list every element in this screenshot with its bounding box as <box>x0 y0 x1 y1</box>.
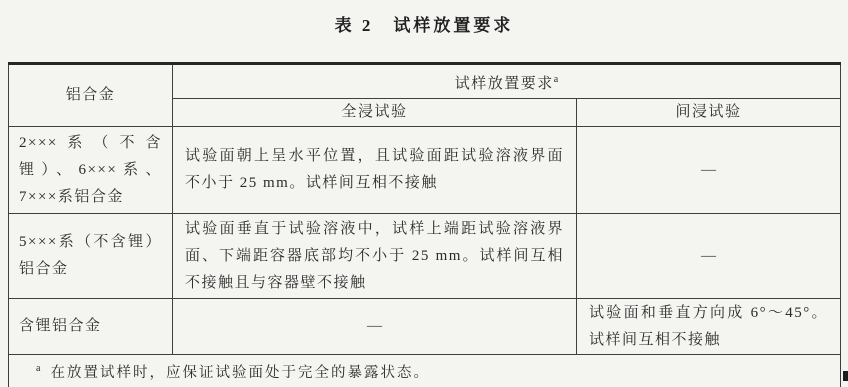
row-2-alloy-cell: 含锂铝合金 <box>9 299 173 355</box>
table-row: 5×××系（不含锂）铝合金 试验面垂直于试验溶液中，试样上端距试验溶液界面、下端… <box>9 214 841 299</box>
table-title: 表 2 试样放置要求 <box>0 11 848 36</box>
row-0-full-immersion-cell: 试验面朝上呈水平位置，且试验面距试验溶液界面不小于 25 mm。试样间互相不接触 <box>173 127 577 214</box>
row-2-intermittent-immersion-cell: 试验面和垂直方向成 6°～45°。试样间互相不接触 <box>577 299 841 355</box>
header-full-immersion-cell: 全浸试验 <box>173 99 577 127</box>
row-1-alloy-cell: 5×××系（不含锂）铝合金 <box>9 214 173 299</box>
header-alloy-cell: 铝合金 <box>9 64 173 127</box>
footnote-cell: a在放置试样时，应保证试验面处于完全的暴露状态。 <box>9 355 841 387</box>
header-row-1: 铝合金 试样放置要求a <box>9 64 841 99</box>
footnote-text: 在放置试样时，应保证试验面处于完全的暴露状态。 <box>50 365 430 381</box>
row-0-alloy-cell: 2×××系（不含锂）、6×××系、7×××系铝合金 <box>9 127 173 214</box>
table-row: 含锂铝合金 — 试验面和垂直方向成 6°～45°。试样间互相不接触 <box>9 299 841 355</box>
row-1-intermittent-immersion-cell: — <box>577 214 841 299</box>
scan-artifact <box>843 371 848 381</box>
row-0-intermittent-immersion-cell: — <box>577 127 841 214</box>
row-2-full-immersion-cell: — <box>173 299 577 355</box>
scanned-document-page: { "title": "表 2 试样放置要求", "table": { "hea… <box>0 0 848 387</box>
table-row: 2×××系（不含锂）、6×××系、7×××系铝合金 试验面朝上呈水平位置，且试验… <box>9 127 841 214</box>
specimen-placement-table: 铝合金 试样放置要求a 全浸试验 间浸试验 2×××系（不含锂）、6×××系、7… <box>8 62 841 387</box>
header-requirement-label: 试样放置要求 <box>455 76 554 92</box>
header-intermittent-immersion-cell: 间浸试验 <box>577 99 841 127</box>
footnote-superscript: a <box>36 363 40 374</box>
row-1-full-immersion-cell: 试验面垂直于试验溶液中，试样上端距试验溶液界面、下端距容器底部均不小于 25 m… <box>173 214 577 299</box>
header-requirement-superscript: a <box>554 74 558 85</box>
header-requirement-cell: 试样放置要求a <box>173 64 841 99</box>
footnote-row: a在放置试样时，应保证试验面处于完全的暴露状态。 <box>9 355 841 387</box>
